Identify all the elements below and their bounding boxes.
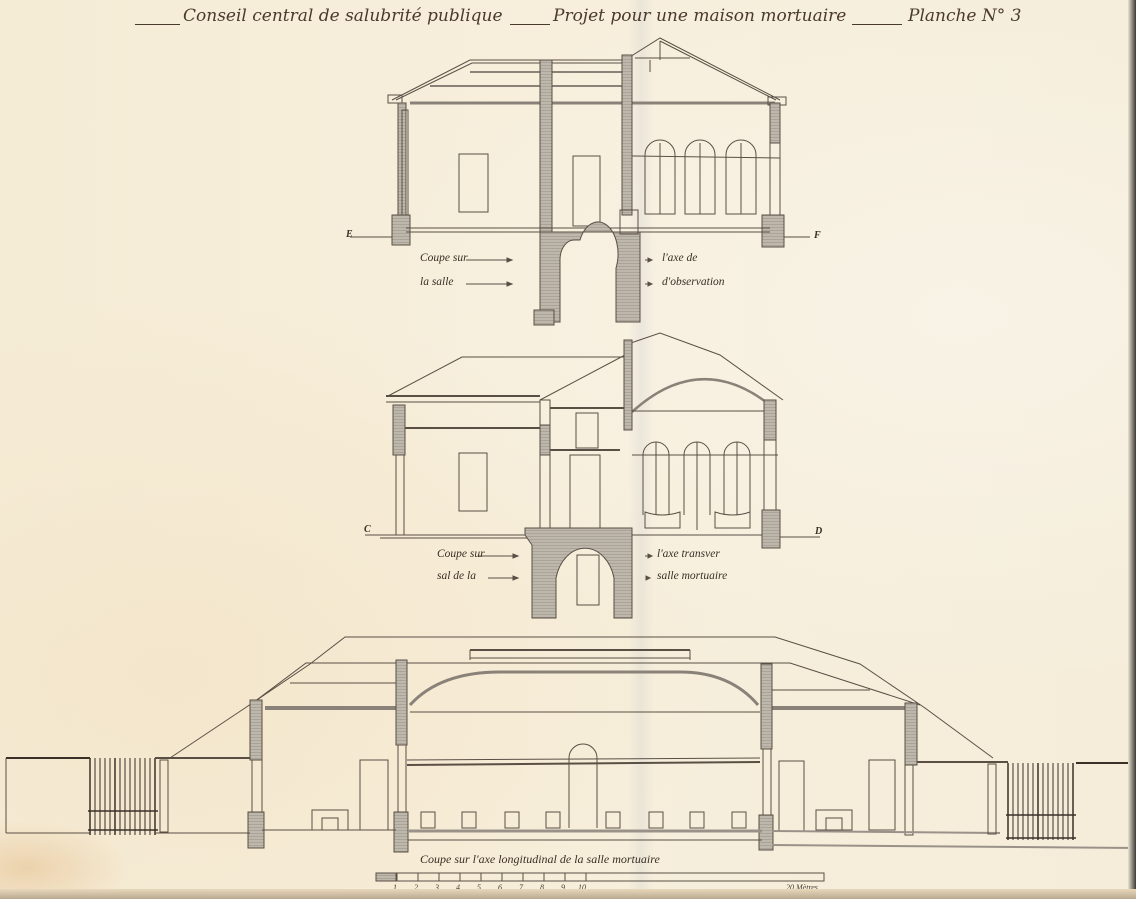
section-cd-drawing — [365, 333, 820, 618]
section-longitudinal-drawing — [6, 637, 1136, 852]
page-bottom-edge — [0, 889, 1136, 899]
caption-ef-right-1: l'axe de — [662, 252, 697, 264]
arched-windows — [632, 442, 778, 530]
mortuary-tables — [421, 812, 746, 828]
axis-letter-d: D — [815, 526, 822, 537]
scale-bar — [376, 873, 824, 881]
caption-cd-right-1: l'axe transver — [657, 548, 720, 560]
axis-letter-f: F — [814, 230, 821, 241]
caption-longitudinal: Coupe sur l'axe longitudinal de la salle… — [420, 852, 660, 867]
caption-ef-right-2: d'observation — [662, 276, 725, 288]
caption-cd-right-2: salle mortuaire — [657, 570, 727, 582]
axis-letter-c: C — [364, 524, 371, 535]
left-iron-gate — [88, 758, 158, 835]
axis-letter-e: E — [346, 229, 353, 240]
page-edge-shadow — [1128, 0, 1136, 899]
caption-ef-left-1: Coupe sur — [420, 252, 468, 264]
caption-ef-left-2: la salle — [420, 276, 454, 288]
caption-cd-left-1: Coupe sur — [437, 548, 485, 560]
caption-cd-left-2: sal de la — [437, 570, 476, 582]
arched-windows — [632, 140, 780, 214]
section-ef-drawing — [350, 38, 810, 325]
right-iron-gate — [1006, 763, 1076, 840]
architectural-drawings — [0, 0, 1136, 899]
